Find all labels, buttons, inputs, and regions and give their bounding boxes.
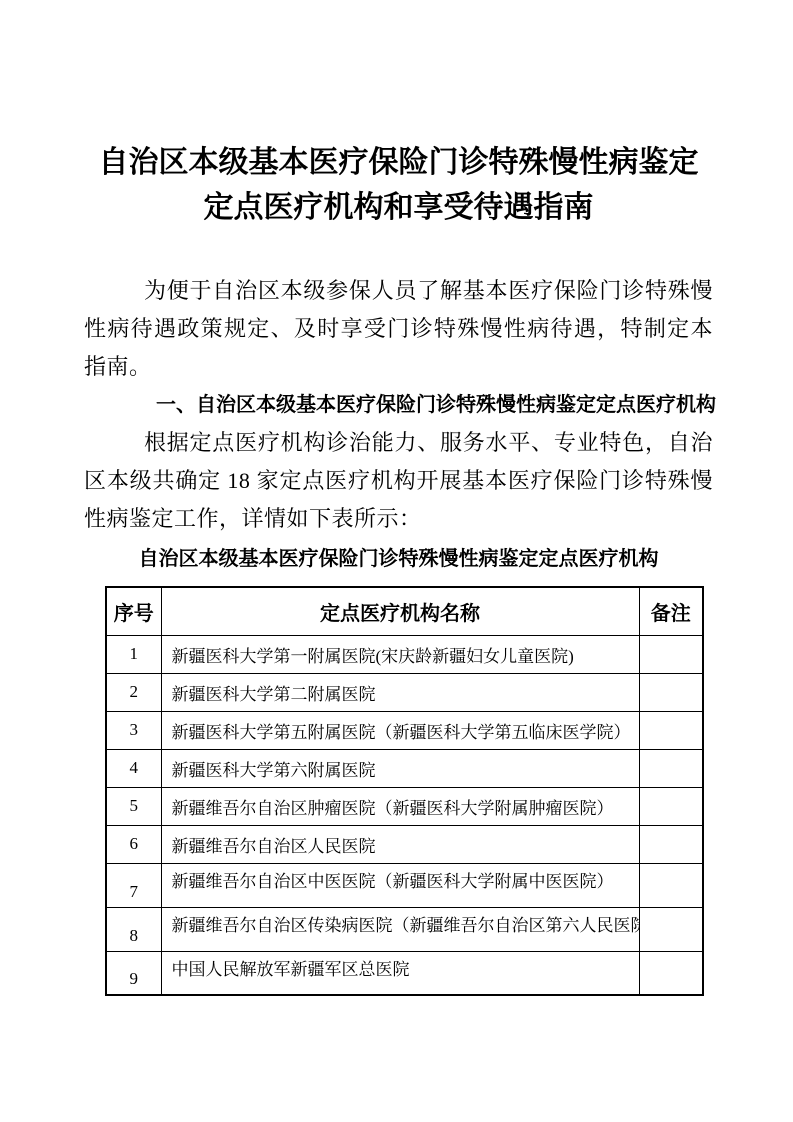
table-header-row: 序号 定点医疗机构名称 备注: [106, 587, 703, 635]
institution-name: 新疆维吾尔自治区中医医院（新疆医科大学附属中医医院）: [161, 863, 639, 907]
table-row: 7 新疆维吾尔自治区中医医院（新疆医科大学附属中医医院）: [106, 863, 703, 907]
institution-name: 新疆医科大学第五附属医院（新疆医科大学第五临床医学院）: [161, 711, 639, 749]
institutions-table: 序号 定点医疗机构名称 备注 1 新疆医科大学第一附属医院(宋庆龄新疆妇女儿童医…: [105, 586, 704, 996]
document-title-line-2: 定点医疗机构和享受待遇指南: [84, 185, 713, 230]
section-1-heading: 一、自治区本级基本医疗保险门诊特殊慢性病鉴定定点医疗机构: [84, 386, 713, 424]
row-number: 8: [106, 907, 161, 951]
row-number: 3: [106, 711, 161, 749]
column-header-note: 备注: [639, 587, 703, 635]
table-row: 2 新疆医科大学第二附属医院: [106, 673, 703, 711]
row-number: 1: [106, 635, 161, 673]
row-note: [639, 673, 703, 711]
section-1-paragraph: 根据定点医疗机构诊治能力、服务水平、专业特色，自治区本级共确定 18 家定点医疗…: [84, 424, 713, 538]
institution-name: 新疆医科大学第六附属医院: [161, 749, 639, 787]
row-note: [639, 907, 703, 951]
institution-name: 新疆医科大学第一附属医院(宋庆龄新疆妇女儿童医院): [161, 635, 639, 673]
column-header-no: 序号: [106, 587, 161, 635]
row-note: [639, 787, 703, 825]
row-number: 9: [106, 951, 161, 995]
institution-name: 新疆维吾尔自治区人民医院: [161, 825, 639, 863]
table-row: 8 新疆维吾尔自治区传染病医院（新疆维吾尔自治区第六人民医院）: [106, 907, 703, 951]
institution-name: 中国人民解放军新疆军区总医院: [161, 951, 639, 995]
table-row: 1 新疆医科大学第一附属医院(宋庆龄新疆妇女儿童医院): [106, 635, 703, 673]
institution-name: 新疆医科大学第二附属医院: [161, 673, 639, 711]
document-title-line-1: 自治区本级基本医疗保险门诊特殊慢性病鉴定: [84, 140, 713, 185]
table-row: 3 新疆医科大学第五附属医院（新疆医科大学第五临床医学院）: [106, 711, 703, 749]
row-number: 6: [106, 825, 161, 863]
row-note: [639, 711, 703, 749]
row-number: 2: [106, 673, 161, 711]
row-note: [639, 951, 703, 995]
table-row: 9 中国人民解放军新疆军区总医院: [106, 951, 703, 995]
row-note: [639, 635, 703, 673]
column-header-name: 定点医疗机构名称: [161, 587, 639, 635]
table-row: 6 新疆维吾尔自治区人民医院: [106, 825, 703, 863]
table-row: 5 新疆维吾尔自治区肿瘤医院（新疆医科大学附属肿瘤医院）: [106, 787, 703, 825]
row-note: [639, 825, 703, 863]
institution-name: 新疆维吾尔自治区传染病医院（新疆维吾尔自治区第六人民医院）: [161, 907, 639, 951]
row-number: 7: [106, 863, 161, 907]
row-note: [639, 749, 703, 787]
document-page: 自治区本级基本医疗保险门诊特殊慢性病鉴定 定点医疗机构和享受待遇指南 为便于自治…: [0, 0, 793, 1122]
row-number: 5: [106, 787, 161, 825]
table-row: 4 新疆医科大学第六附属医院: [106, 749, 703, 787]
document-title: 自治区本级基本医疗保险门诊特殊慢性病鉴定 定点医疗机构和享受待遇指南: [84, 140, 713, 230]
institution-name: 新疆维吾尔自治区肿瘤医院（新疆医科大学附属肿瘤医院）: [161, 787, 639, 825]
row-note: [639, 863, 703, 907]
intro-paragraph: 为便于自治区本级参保人员了解基本医疗保险门诊特殊慢性病待遇政策规定、及时享受门诊…: [84, 272, 713, 386]
row-number: 4: [106, 749, 161, 787]
table-caption: 自治区本级基本医疗保险门诊特殊慢性病鉴定定点医疗机构: [84, 544, 713, 574]
